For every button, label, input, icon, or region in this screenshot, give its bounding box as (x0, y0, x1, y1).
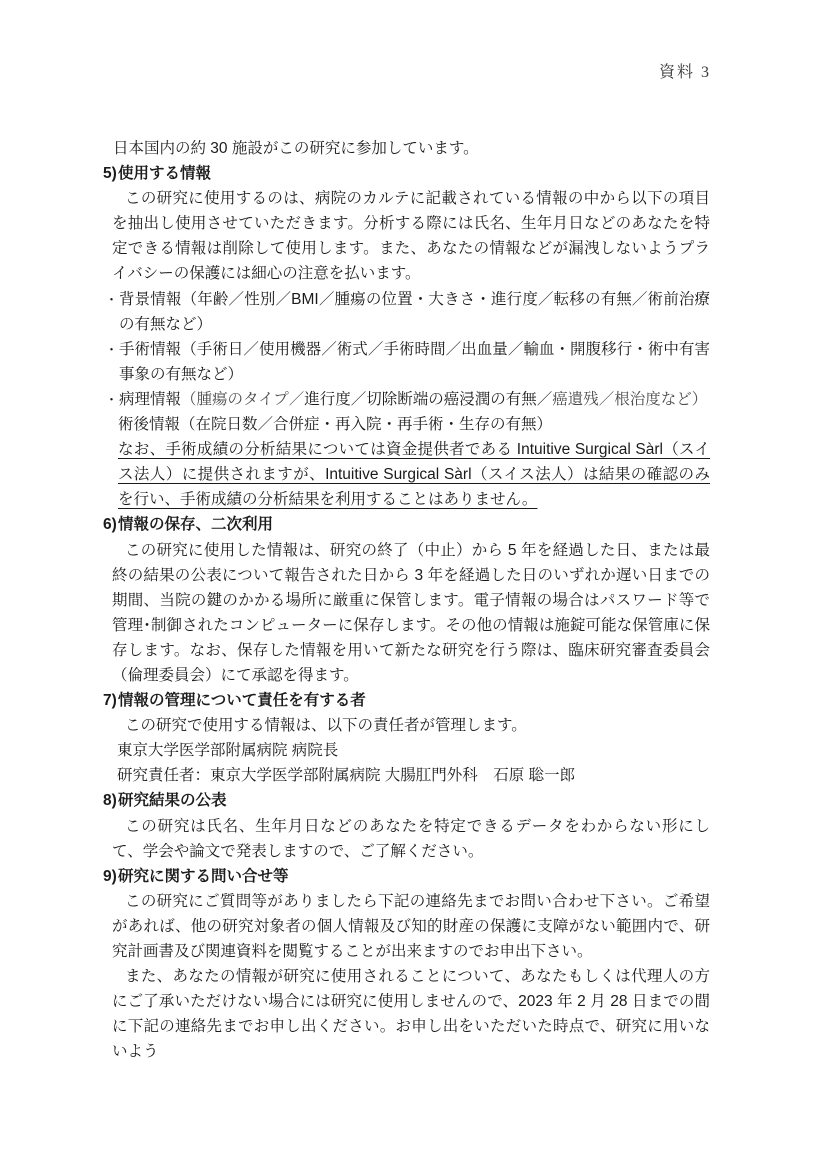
section-9-optout-paragraph: また、あなたの情報が研究に使用されることについて、あなたもしくは代理人の方にご了… (112, 964, 710, 1064)
pathology-segment-serif: 癌遺残／根治度など） (552, 391, 707, 408)
section-9-heading: 9) 研究に関する問い合せ等 (103, 864, 710, 889)
bullet-text-background-info: 背景情報（年齢／性別／BMI／腫瘍の位置・大きさ・進行度／転移の有無／術前治療の… (119, 287, 710, 337)
section-8-lead-paragraph: この研究は氏名、生年月日などのあなたを特定できるデータをわからない形にして、学会… (112, 814, 710, 864)
section-8-title: 研究結果の公表 (118, 788, 710, 813)
section-5-title: 使用する情報 (118, 161, 710, 186)
pathology-segment-gothic: 病理情報 (119, 391, 181, 408)
section-8-number: 8) (103, 788, 118, 813)
bullet-marker: ・ (105, 287, 119, 337)
document-content: 日本国内の約 30 施設がこの研究に参加しています。 5) 使用する情報 この研… (103, 136, 710, 1064)
bullet-text-surgery-info: 手術情報（手術日／使用機器／術式／手術時間／出血量／輸血・開腹移行・術中有害事象… (119, 337, 710, 387)
section-9: 9) 研究に関する問い合せ等 この研究にご質問等がありましたら下記の連絡先までお… (103, 864, 710, 1065)
responsible-organization-line: 東京大学医学部附属病院 病院長 (117, 738, 710, 763)
section-7: 7) 情報の管理について責任を有する者 この研究で使用する情報は、以下の責任者が… (103, 688, 710, 788)
section-8: 8) 研究結果の公表 この研究は氏名、生年月日などのあなたを特定できるデータをわ… (103, 788, 710, 863)
section-6-lead-paragraph: この研究に使用した情報は、研究の終了（中止）から 5 年を経過した日、または最終… (112, 538, 710, 689)
section-7-title: 情報の管理について責任を有する者 (118, 688, 710, 713)
funding-disclosure-note: なお、手術成績の分析結果については資金提供者である Intuitive Surg… (118, 437, 710, 512)
bullet-marker: ・ (105, 337, 119, 387)
bullet-item-surgery-info: ・ 手術情報（手術日／使用機器／術式／手術時間／出血量／輸血・開腹移行・術中有害… (105, 337, 710, 387)
section-7-number: 7) (103, 688, 118, 713)
pathology-segment-gothic: 進行度／切除断端の癌浸潤の有無／ (304, 391, 552, 408)
section-7-lead-paragraph: この研究で使用する情報は、以下の責任者が管理します。 (112, 713, 710, 738)
principal-investigator-line: 研究責任者：東京大学医学部附属病院 大腸肛門外科 石原 聡一郎 (117, 763, 710, 788)
bullet-item-pathology-info: ・ 病理情報（腫瘍のタイプ／進行度／切除断端の癌浸潤の有無／癌遺残／根治度など） (105, 387, 710, 412)
document-page: 資料 3 日本国内の約 30 施設がこの研究に参加しています。 5) 使用する情… (0, 0, 827, 1169)
section-5-number: 5) (103, 161, 118, 186)
bullet-text-pathology-info: 病理情報（腫瘍のタイプ／進行度／切除断端の癌浸潤の有無／癌遺残／根治度など） (119, 387, 710, 412)
bullet-marker: ・ (105, 387, 119, 412)
section-6-heading: 6) 情報の保存、二次利用 (103, 512, 710, 537)
section-6-number: 6) (103, 512, 118, 537)
section-9-number: 9) (103, 864, 118, 889)
section-5-lead-paragraph: この研究に使用するのは、病院のカルテに記載されている情報の中から以下の項目を抽出… (112, 186, 710, 286)
section-7-heading: 7) 情報の管理について責任を有する者 (103, 688, 710, 713)
bullet-item-background-info: ・ 背景情報（年齢／性別／BMI／腫瘍の位置・大きさ・進行度／転移の有無／術前治… (105, 287, 710, 337)
doc-reference-label: 資料 3 (659, 59, 711, 82)
section-5-heading: 5) 使用する情報 (103, 161, 710, 186)
section-9-lead-paragraph: この研究にご質問等がありましたら下記の連絡先までお問い合わせ下さい。ご希望があれ… (112, 889, 710, 964)
postoperative-info-line: 術後情報（在院日数／合併症・再入院・再手術・生存の有無） (118, 412, 710, 437)
section-6: 6) 情報の保存、二次利用 この研究に使用した情報は、研究の終了（中止）から 5… (103, 512, 710, 688)
section-9-title: 研究に関する問い合せ等 (118, 864, 710, 889)
section-5: 5) 使用する情報 この研究に使用するのは、病院のカルテに記載されている情報の中… (103, 161, 710, 512)
pathology-segment-serif: （腫瘍のタイプ／ (181, 391, 304, 408)
intro-line: 日本国内の約 30 施設がこの研究に参加しています。 (113, 136, 710, 161)
section-8-heading: 8) 研究結果の公表 (103, 788, 710, 813)
section-6-title: 情報の保存、二次利用 (118, 512, 710, 537)
